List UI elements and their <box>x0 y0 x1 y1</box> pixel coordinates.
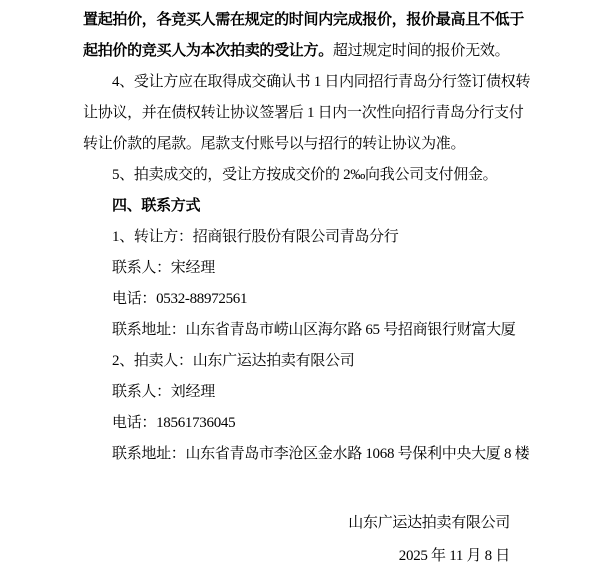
para-bidding-rule-line2: 起拍价的竞买人为本次拍卖的受让方。超过规定时间的报价无效。 <box>83 36 510 67</box>
text-segment: 4、受让方应在取得成交确认书 1 日内同招行青岛分行签订债权转 <box>112 74 530 90</box>
text-segment: 联系人：刘经理 <box>112 384 215 400</box>
text-segment: 联系地址：山东省青岛市李沧区金水路 1068 号保利中央大厦 8 楼 <box>112 446 529 462</box>
text-segment: 超过规定时间的报价无效。 <box>333 43 509 59</box>
signature-company: 山东广运达拍卖有限公司 <box>83 507 510 540</box>
text-segment: 电话：0532-88972561 <box>112 291 247 307</box>
document-page: 置起拍价，各竞买人需在规定的时间内完成报价，报价最高且不低于起拍价的竞买人为本次… <box>0 0 589 565</box>
contact-address-transferor: 联系地址：山东省青岛市崂山区海尔路 65 号招商银行财富大厦 <box>83 315 510 346</box>
text-segment: 置起拍价，各竞买人需在规定的时间内完成报价，报价最高且不低于 <box>83 12 524 28</box>
contact-auctioneer: 2、拍卖人：山东广运达拍卖有限公司 <box>83 346 510 377</box>
contact-transferor: 1、转让方：招商银行股份有限公司青岛分行 <box>83 222 510 253</box>
contact-phone-auctioneer: 电话：18561736045 <box>83 408 510 439</box>
text-segment: 5、拍卖成交的，受让方按成交价的 2‰向我公司支付佣金。 <box>112 167 497 183</box>
text-segment: 转让价款的尾款。尾款支付账号以与招行的转让协议为准。 <box>83 136 465 152</box>
para-item4-line3: 转让价款的尾款。尾款支付账号以与招行的转让协议为准。 <box>83 129 510 160</box>
contact-person-auctioneer: 联系人：刘经理 <box>83 377 510 408</box>
text-segment: 山东广运达拍卖有限公司 <box>348 515 510 531</box>
contact-address-auctioneer: 联系地址：山东省青岛市李沧区金水路 1068 号保利中央大厦 8 楼 <box>83 439 510 470</box>
heading-contact-section: 四、联系方式 <box>83 191 510 222</box>
contact-phone-transferor: 电话：0532-88972561 <box>83 284 510 315</box>
text-segment: 2025 年 11 月 8 日 <box>399 548 510 564</box>
text-segment: 1、转让方：招商银行股份有限公司青岛分行 <box>112 229 399 245</box>
contact-person-transferor: 联系人：宋经理 <box>83 253 510 284</box>
text-segment: 联系人：宋经理 <box>112 260 215 276</box>
text-segment: 让协议，并在债权转让协议签署后 1 日内一次性向招行青岛分行支付 <box>83 105 523 121</box>
para-item4-line2: 让协议，并在债权转让协议签署后 1 日内一次性向招行青岛分行支付 <box>83 98 510 129</box>
text-segment: 起拍价的竞买人为本次拍卖的受让方。 <box>83 43 333 59</box>
text-segment: 联系地址：山东省青岛市崂山区海尔路 65 号招商银行财富大厦 <box>112 322 516 338</box>
text-segment: 四、联系方式 <box>112 198 200 214</box>
para-item5-commission: 5、拍卖成交的，受让方按成交价的 2‰向我公司支付佣金。 <box>83 160 510 191</box>
para-bidding-rule-line1: 置起拍价，各竞买人需在规定的时间内完成报价，报价最高且不低于 <box>83 5 510 36</box>
text-segment: 电话：18561736045 <box>112 415 235 431</box>
signature-date: 2025 年 11 月 8 日 <box>83 540 510 565</box>
para-item4-line1: 4、受让方应在取得成交确认书 1 日内同招行青岛分行签订债权转 <box>83 67 510 98</box>
text-segment: 2、拍卖人：山东广运达拍卖有限公司 <box>112 353 354 369</box>
